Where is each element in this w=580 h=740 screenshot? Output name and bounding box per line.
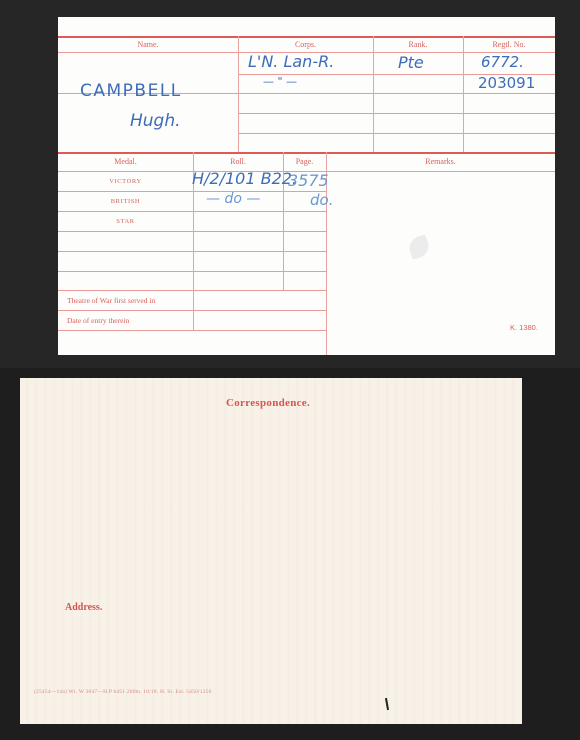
corps-entry: L'N. Lan-R.	[248, 52, 334, 71]
medal-card-front: Name. Corps. Rank. Regtl. No. CAMPBELL H…	[58, 17, 555, 355]
row-rule	[238, 113, 555, 114]
row-rule	[58, 310, 326, 311]
regt-no-entry-1: 6772.	[481, 53, 524, 71]
row-rule	[58, 330, 326, 331]
watermark-stamp-icon	[406, 234, 432, 260]
corps-ditto-entry: — " —	[263, 75, 297, 88]
medal-header: Medal.	[58, 157, 193, 166]
roll-victory-entry: H/2/101 B22.	[192, 169, 297, 188]
remarks-header: Remarks.	[326, 157, 555, 166]
medal-row-victory: VICTORY	[58, 178, 193, 185]
page-victory-entry: 3575	[288, 171, 329, 190]
pen-mark	[385, 698, 389, 710]
row-rule	[238, 93, 555, 94]
surname-entry: CAMPBELL	[80, 81, 182, 101]
form-number: K. 1380.	[510, 323, 538, 332]
corps-header: Corps.	[238, 40, 373, 49]
roll-british-entry: — do —	[206, 191, 260, 207]
theatre-label: Theatre of War first served in	[67, 296, 155, 305]
row-rule	[58, 211, 326, 212]
name-header: Name.	[58, 40, 238, 49]
printer-imprint: (25454—14a) Wt. W 3047—H.P 6451 200m. 10…	[34, 689, 212, 695]
regt-no-header: Regtl. No.	[463, 40, 555, 49]
medal-row-star: STAR	[58, 218, 193, 225]
top-rule	[58, 36, 555, 38]
medal-card-back: Correspondence. Address. (25454—14a) Wt.…	[20, 378, 522, 724]
page-header: Page.	[283, 157, 326, 166]
col-rule	[238, 36, 239, 153]
page-british-entry: do.	[310, 191, 333, 209]
rank-header: Rank.	[373, 40, 463, 49]
row-rule	[58, 271, 326, 272]
row-rule	[58, 290, 326, 291]
row-rule	[238, 133, 555, 134]
row-rule	[58, 191, 326, 192]
rank-entry: Pte	[398, 53, 424, 72]
row-rule	[58, 251, 326, 252]
roll-header: Roll.	[193, 157, 283, 166]
medal-section-rule	[58, 152, 555, 154]
forename-entry: Hugh.	[130, 111, 181, 131]
correspondence-heading: Correspondence.	[226, 397, 310, 409]
regt-no-entry-2: 203091	[478, 74, 535, 92]
address-label: Address.	[65, 602, 102, 613]
col-rule	[373, 36, 374, 153]
row-rule	[58, 231, 326, 232]
date-entry-label: Date of entry therein	[67, 316, 129, 325]
col-rule	[463, 36, 464, 153]
medal-row-british: BRITISH	[58, 198, 193, 205]
